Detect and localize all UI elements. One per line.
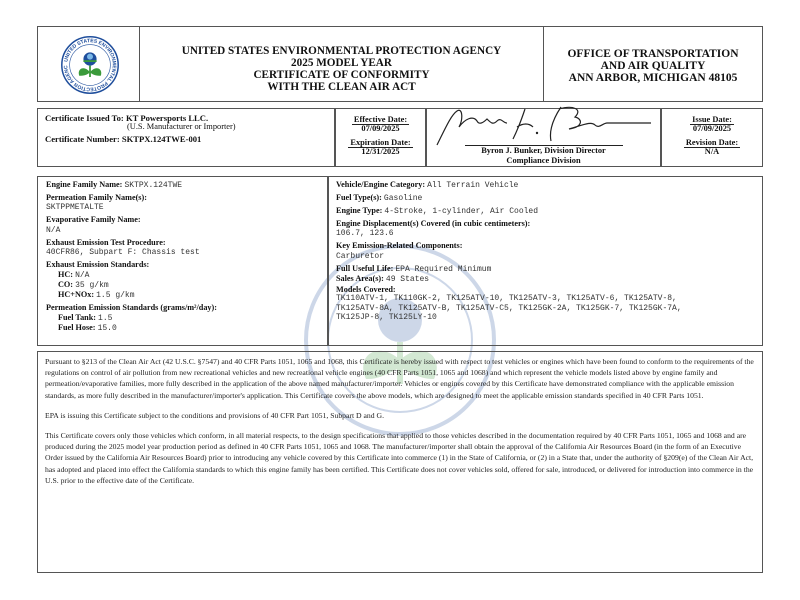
signer-name: Byron J. Bunker, Division Director [427, 146, 660, 156]
model-year: 2025 MODEL YEAR [140, 57, 543, 69]
hcnox-value: 1.5 g/km [96, 291, 134, 300]
engine-type-label: Engine Type: [336, 206, 382, 215]
models-list: TK110ATV-1, TK110GK-2, TK125ATV-10, TK12… [336, 294, 762, 323]
engine-type-value: 4-Stroke, 1-cylinder, Air Cooled [384, 207, 538, 216]
revision-date: N/A [662, 147, 762, 156]
certificate-title: CERTIFICATE OF CONFORMITY [140, 69, 543, 81]
signer-division: Compliance Division [427, 156, 660, 166]
terms-paragraph-1: Pursuant to §213 of the Clean Air Act (4… [45, 356, 756, 401]
vehicle-details-panel: Vehicle/Engine Category: All Terrain Veh… [328, 176, 763, 346]
signature-image [433, 101, 658, 147]
agency-name: UNITED STATES ENVIRONMENTAL PROTECTION A… [140, 45, 543, 57]
fuel-type-label: Fuel Type(s): [336, 193, 382, 202]
certificate-number-label: Certificate Number: [45, 134, 120, 144]
models-label: Models Covered: [336, 285, 396, 294]
expiration-date: 12/31/2025 [336, 147, 425, 156]
certificate-number: SKTPX.124TWE-001 [122, 134, 202, 144]
effective-date: 07/09/2025 [336, 124, 425, 133]
permeation-family-label: Permeation Family Name(s): [46, 193, 147, 202]
epa-seal-icon: UNITED STATES ENVIRONMENTAL PROTECTION A… [60, 35, 120, 95]
certificate-dates-cell: Effective Date: 07/09/2025 Expiration Da… [335, 108, 426, 167]
issue-dates-cell: Issue Date: 07/09/2025 Revision Date: N/… [661, 108, 763, 167]
fuel-tank-label: Fuel Tank: [58, 313, 96, 322]
header-title-cell: UNITED STATES ENVIRONMENTAL PROTECTION A… [139, 26, 544, 102]
fuel-hose-label: Fuel Hose: [58, 323, 96, 332]
co-label: CO: [58, 280, 73, 289]
fuel-type-value: Gasoline [384, 194, 422, 203]
displacement-value: 106.7, 123.6 [336, 229, 394, 238]
exhaust-standards-label: Exhaust Emission Standards: [46, 260, 149, 269]
issued-to-label: Certificate Issued To: [45, 113, 124, 123]
evaporative-family-value: N/A [46, 226, 60, 235]
header-logo-cell: UNITED STATES ENVIRONMENTAL PROTECTION A… [37, 26, 140, 102]
office-name: OFFICE OF TRANSPORTATION [544, 48, 762, 60]
permeation-family-value: SKTPPMETALTE [46, 203, 104, 212]
issue-date: 07/09/2025 [662, 124, 762, 133]
displacement-label: Engine Displacement(s) Covered (in cubic… [336, 219, 530, 228]
hc-value: N/A [75, 271, 89, 280]
category-label: Vehicle/Engine Category: [336, 180, 425, 189]
fuel-tank-value: 1.5 [98, 314, 112, 323]
engine-family-label: Engine Family Name: [46, 180, 122, 189]
engine-family-value: SKTPX.124TWE [124, 181, 182, 190]
test-procedure-label: Exhaust Emission Test Procedure: [46, 238, 166, 247]
terms-paragraph-3: This Certificate covers only those vehic… [45, 430, 756, 486]
test-procedure-value: 40CFR86, Subpart F: Chassis test [46, 248, 200, 257]
useful-life-value: EPA Required Minimum [395, 265, 491, 274]
fuel-hose-value: 15.0 [98, 324, 117, 333]
office-name-2: AND AIR QUALITY [544, 60, 762, 72]
signature-cell: Byron J. Bunker, Division Director Compl… [426, 108, 661, 167]
header-office-cell: OFFICE OF TRANSPORTATION AND AIR QUALITY… [543, 26, 763, 102]
models-line: TK110ATV-1, TK110GK-2, TK125ATV-10, TK12… [336, 294, 762, 304]
certificate-issuer-cell: Certificate Issued To: KT Powersports LL… [37, 108, 335, 167]
sales-area-label: Sales Area(s): [336, 274, 384, 283]
engine-details-panel: Engine Family Name: SKTPX.124TWE Permeat… [37, 176, 328, 346]
evaporative-family-label: Evaporative Family Name: [46, 215, 141, 224]
components-label: Key Emission-Related Components: [336, 241, 462, 250]
hc-label: HC: [58, 270, 73, 279]
useful-life-label: Full Useful Life: [336, 264, 393, 273]
certificate-subtitle: WITH THE CLEAN AIR ACT [140, 81, 543, 93]
models-line: TK125ATV-8A, TK125ATV-B, TK125ATV-C5, TK… [336, 304, 762, 314]
office-address: ANN ARBOR, MICHIGAN 48105 [544, 72, 762, 84]
components-value: Carburetor [336, 252, 384, 261]
permeation-standards-label: Permeation Emission Standards (grams/m²/… [46, 303, 217, 312]
co-value: 35 g/km [75, 281, 109, 290]
terms-paragraph-2: EPA is issuing this Certificate subject … [45, 410, 756, 421]
models-line: TK125JP-8, TK125LY-10 [336, 313, 762, 323]
category-value: All Terrain Vehicle [427, 181, 518, 190]
certificate-terms: Pursuant to §213 of the Clean Air Act (4… [37, 351, 763, 573]
sales-area-value: 49 States [386, 275, 429, 284]
hcnox-label: HC+NOx: [58, 290, 94, 299]
issued-to-note: (U.S. Manufacturer or Importer) [45, 122, 334, 131]
